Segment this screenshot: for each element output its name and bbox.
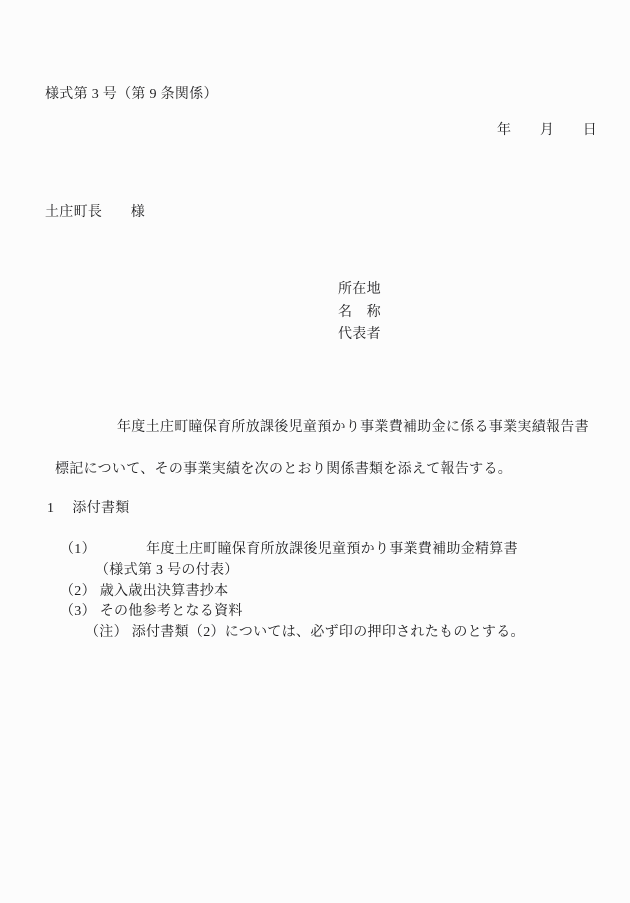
section-1-heading: 1 添付書類 — [47, 500, 130, 517]
document-title: 年度土庄町瞳保育所放課後児童預かり事業費補助金に係る事業実績報告書 — [117, 419, 589, 436]
attachment-item-2: （2） 歳入歳出決算書抄本 — [60, 582, 518, 603]
form-number: 様式第 3 号（第 9 条関係） — [45, 86, 218, 103]
body-paragraph: 標記について、その事業実績を次のとおり関係書類を添えて報告する。 — [55, 461, 512, 478]
sender-name-label: 名 称 — [338, 302, 381, 325]
attachment-item-1: （1） 年度土庄町瞳保育所放課後児童預かり事業費補助金精算書 — [60, 540, 518, 561]
sender-block: 所在地 名 称 代表者 — [338, 279, 381, 347]
sender-location-label: 所在地 — [338, 279, 381, 302]
attachment-item-3: （3） その他参考となる資料 — [60, 602, 518, 623]
attachment-list: （1） 年度土庄町瞳保育所放課後児童預かり事業費補助金精算書 （様式第 3 号の… — [0, 540, 458, 644]
sender-representative-label: 代表者 — [338, 324, 381, 347]
date-line: 年 月 日 — [497, 122, 597, 139]
addressee-line: 土庄町長 様 — [45, 204, 145, 221]
attachment-item-1-subnote: （様式第 3 号の付表） — [95, 561, 553, 582]
document-page: 様式第 3 号（第 9 条関係） 年 月 日 土庄町長 様 所在地 名 称 代表… — [0, 0, 630, 903]
attachment-note: （注） 添付書類（2）については、必ず印の押印されたものとする。 — [85, 623, 543, 644]
